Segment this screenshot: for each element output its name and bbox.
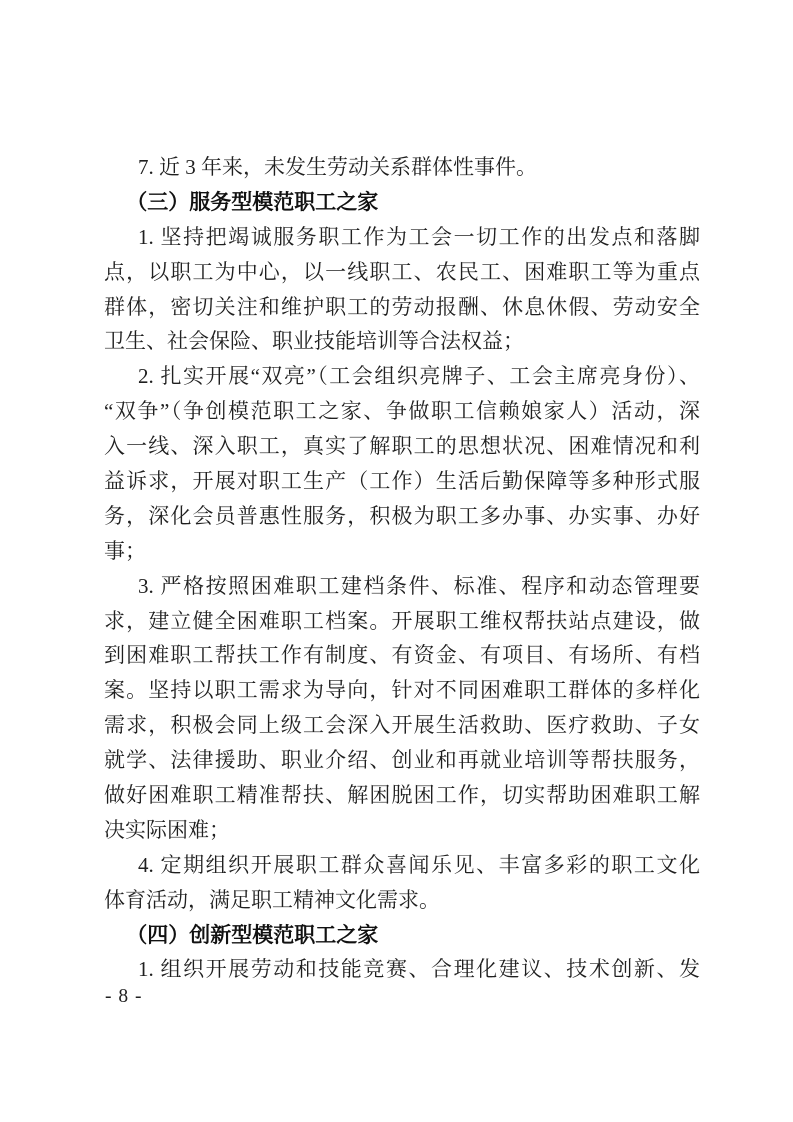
body-line: 1. 组织开展劳动和技能竞赛、合理化建议、技术创新、发 (104, 952, 700, 987)
body-line: 益诉求，开展对职工生产（工作）生活后勤保障等多种形式服 (104, 464, 700, 499)
body-line: 到困难职工帮扶工作有制度、有资金、有项目、有场所、有档 (104, 638, 700, 673)
body-line: 2. 扎实开展“双亮”（工会组织亮牌子、工会主席亮身份）、 (104, 359, 700, 394)
body-line: 1. 坚持把竭诚服务职工作为工会一切工作的出发点和落脚 (104, 220, 700, 255)
page-number: - 8 - (105, 986, 143, 1008)
body-line: 卫生、社会保险、职业技能培训等合法权益； (104, 324, 700, 359)
body-line: 体育活动，满足职工精神文化需求。 (104, 883, 700, 918)
body-line: 就学、法律援助、职业介绍、创业和再就业培训等帮扶服务， (104, 743, 700, 778)
body-line: 7. 近 3 年来，未发生劳动关系群体性事件。 (104, 150, 700, 185)
document-page: 7. 近 3 年来，未发生劳动关系群体性事件。 （三）服务型模范职工之家 1. … (0, 0, 793, 1122)
body-line: 决实际困难； (104, 813, 700, 848)
body-line: 务，深化会员普惠性服务，积极为职工多办事、办实事、办好 (104, 499, 700, 534)
body-line: 3. 严格按照困难职工建档条件、标准、程序和动态管理要 (104, 569, 700, 604)
body-line: 入一线、深入职工，真实了解职工的思想状况、困难情况和利 (104, 429, 700, 464)
body-line: 群体，密切关注和维护职工的劳动报酬、休息休假、劳动安全 (104, 290, 700, 325)
body-line: 案。坚持以职工需求为导向，针对不同困难职工群体的多样化 (104, 673, 700, 708)
section-heading: （三）服务型模范职工之家 (104, 185, 700, 220)
section-heading: （四）创新型模范职工之家 (104, 918, 700, 953)
body-line: 求，建立健全困难职工档案。开展职工维权帮扶站点建设，做 (104, 604, 700, 639)
body-line: 事； (104, 534, 700, 569)
body-line: 点，以职工为中心，以一线职工、农民工、困难职工等为重点 (104, 255, 700, 290)
body-line: 4. 定期组织开展职工群众喜闻乐见、丰富多彩的职工文化 (104, 848, 700, 883)
body-line: 需求，积极会同上级工会深入开展生活救助、医疗救助、子女 (104, 708, 700, 743)
body-line: 做好困难职工精准帮扶、解困脱困工作，切实帮助困难职工解 (104, 778, 700, 813)
document-body: 7. 近 3 年来，未发生劳动关系群体性事件。 （三）服务型模范职工之家 1. … (104, 150, 700, 987)
body-line: “双争”（争创模范职工之家、争做职工信赖娘家人）活动，深 (104, 394, 700, 429)
